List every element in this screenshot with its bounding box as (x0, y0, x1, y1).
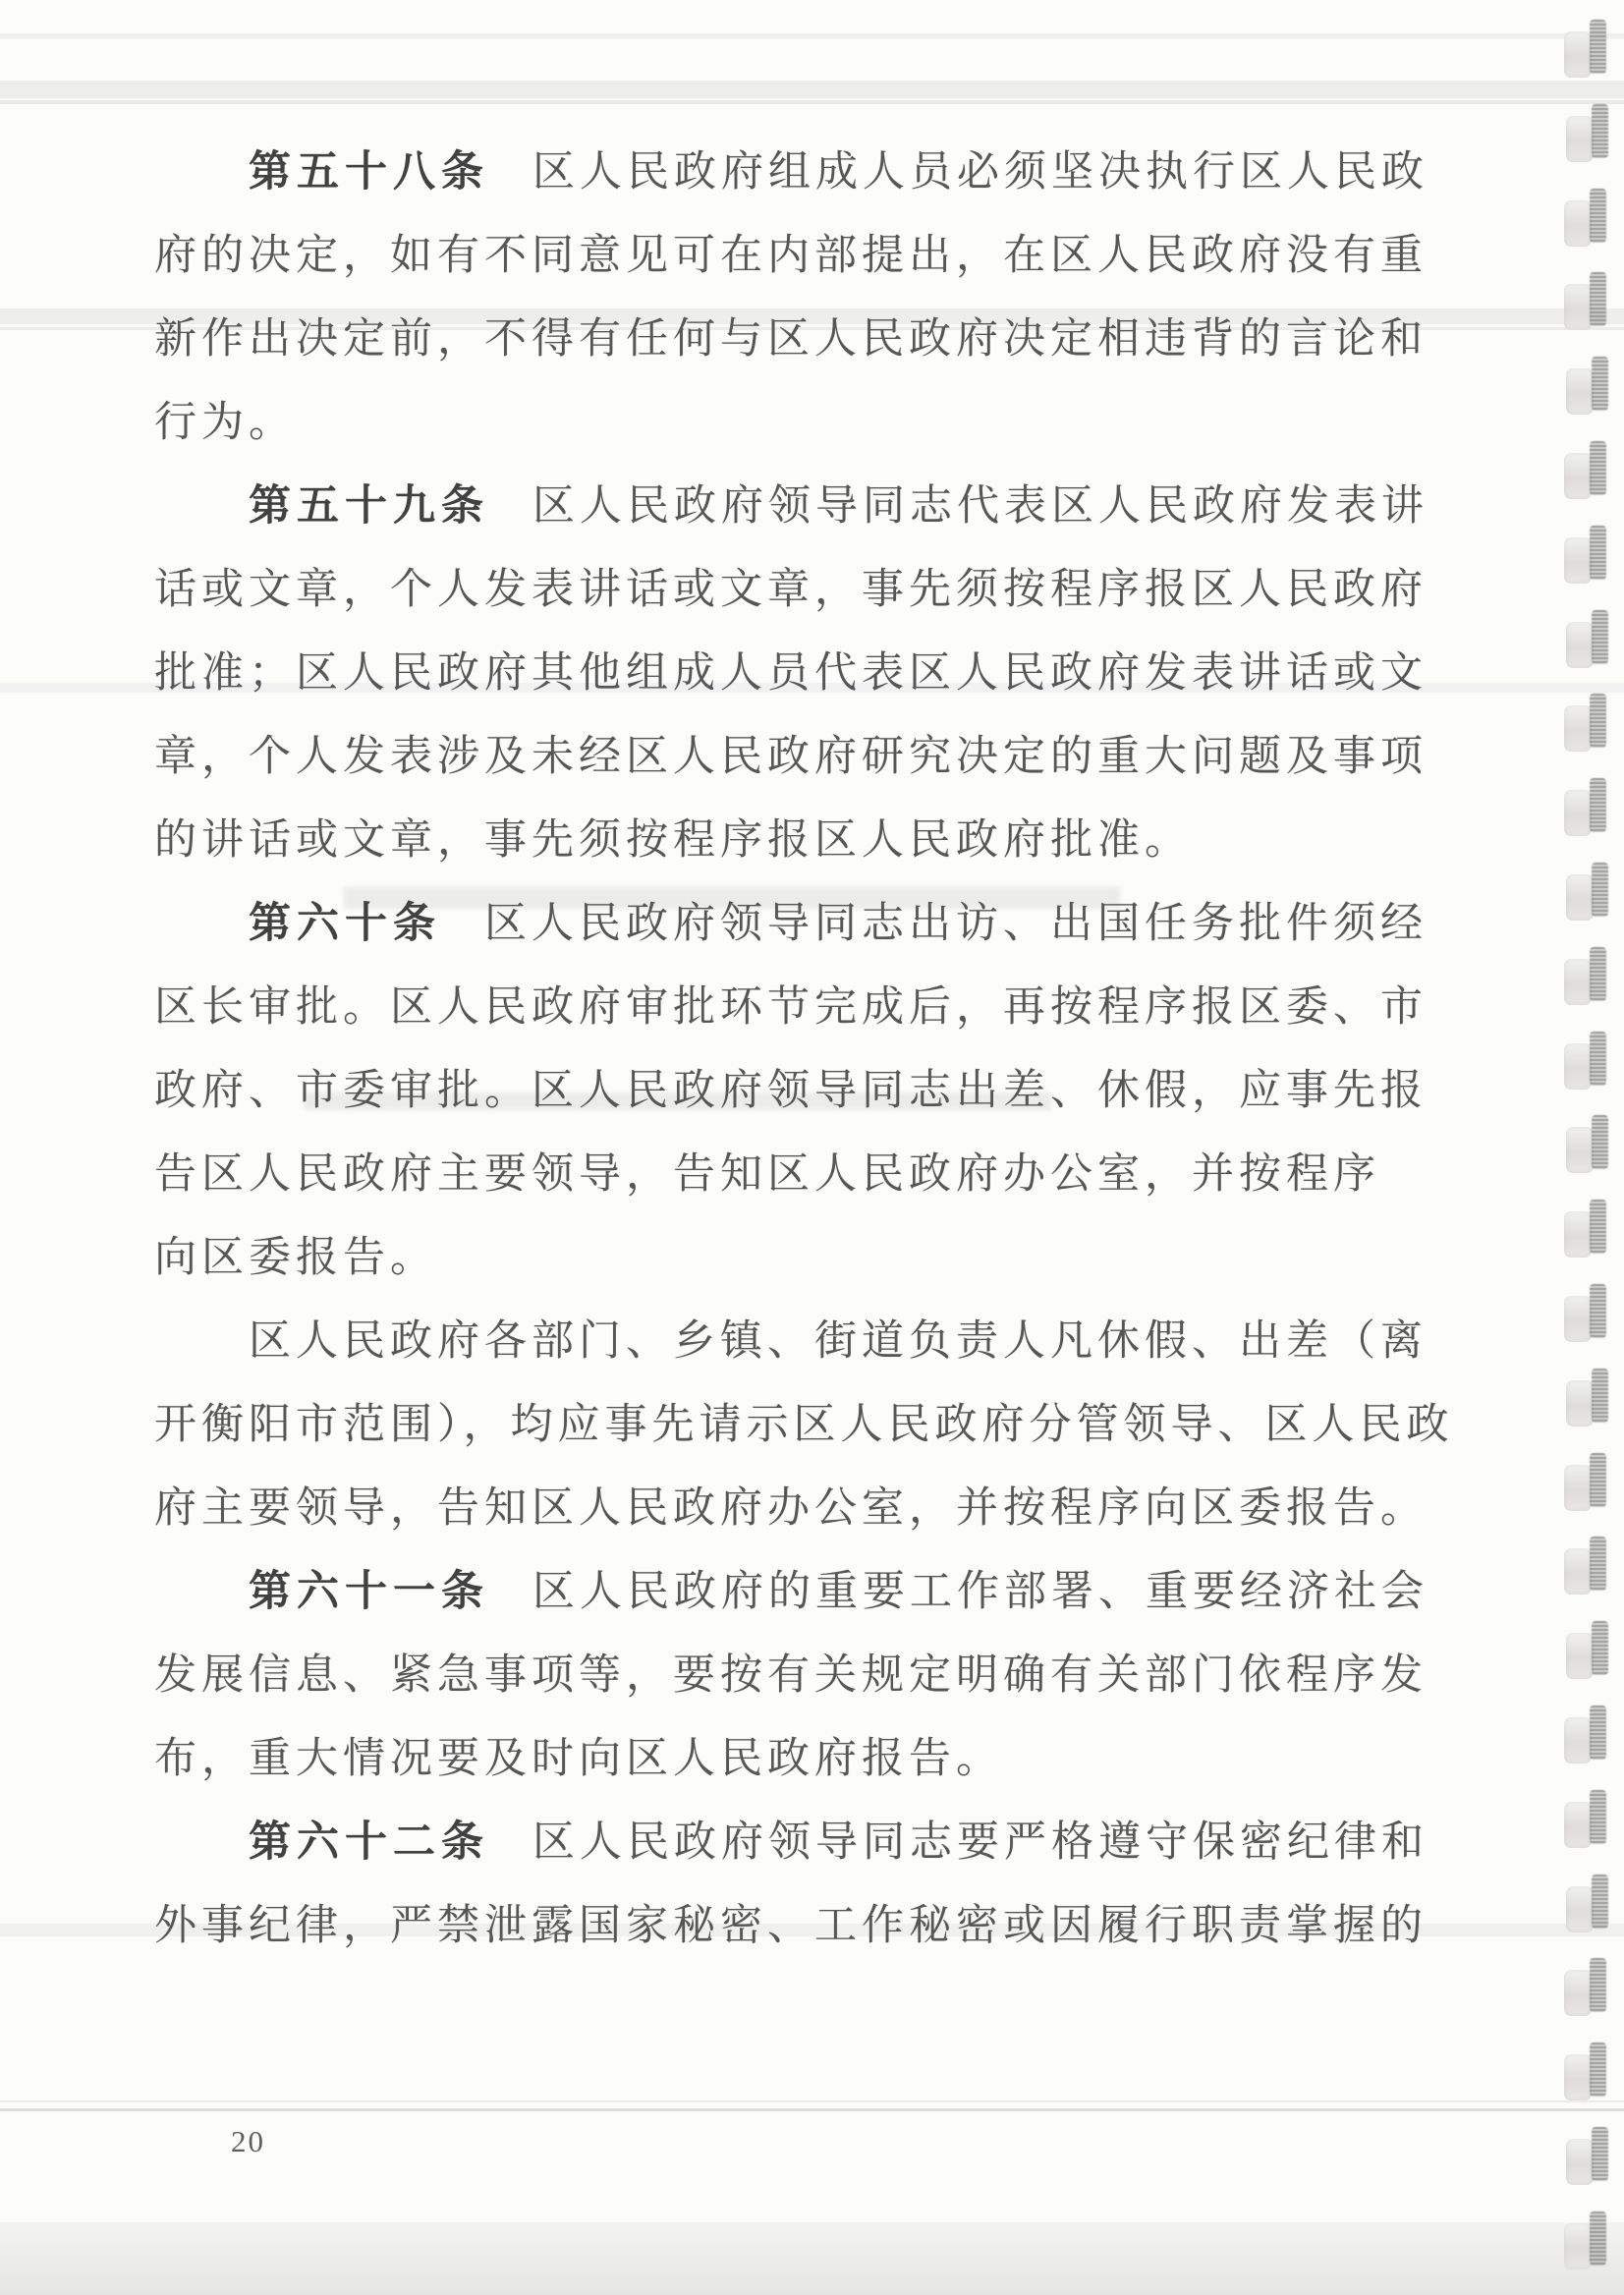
binding-hole-highlight (1564, 790, 1592, 836)
binding-hole-highlight (1566, 1380, 1594, 1427)
line-text: 区人民政府的重要工作部署、重要经济社会 (532, 1569, 1428, 1615)
binding-hole-shadow (1590, 1032, 1606, 1086)
binding-hole-shadow (1590, 778, 1606, 832)
binding-hole (1540, 1706, 1611, 1766)
binding-hole (1540, 1537, 1611, 1597)
text-line: 批准；区人民政府其他组成人员代表区人民政府发表讲话或文 (154, 632, 1451, 715)
binding-hole-shadow (1590, 2043, 1606, 2097)
article-number: 第六十一条 (249, 1569, 489, 1615)
binding-hole-highlight (1566, 2139, 1594, 2185)
binding-hole-highlight (1564, 1548, 1592, 1595)
binding-hole-shadow (1592, 863, 1608, 917)
binding-hole (1540, 1790, 1611, 1851)
line-text: 开衡阳市范围），均应事先请示区人民政府分管领导、区人民政 (154, 1402, 1454, 1448)
binding-hole-shadow (1590, 2211, 1606, 2266)
binding-hole-highlight (1564, 959, 1592, 1005)
text-line: 新作出决定前，不得有任何与区人民政府决定相违背的言论和 (154, 298, 1451, 381)
line-text: 政府、市委审批。区人民政府领导同志出差、休假，应事先报 (154, 1068, 1428, 1114)
text-line: 告区人民政府主要领导，告知区人民政府办公室，并按程序 (154, 1133, 1451, 1216)
binding-hole-highlight (1566, 874, 1594, 921)
binding-holes (1540, 0, 1624, 2295)
scan-streak (0, 100, 1624, 104)
binding-hole (1542, 2127, 1613, 2188)
binding-hole-shadow (1590, 694, 1606, 748)
binding-hole-highlight (1564, 453, 1592, 499)
binding-hole-highlight (1566, 1886, 1594, 1932)
text-line: 府的决定，如有不同意见可在内部提出，在区人民政府没有重 (154, 214, 1451, 298)
binding-hole-highlight (1566, 116, 1594, 162)
binding-hole-highlight (1564, 1717, 1592, 1763)
article-number: 第六十二条 (249, 1819, 489, 1866)
binding-hole-highlight (1566, 622, 1594, 668)
article-number: 第六十条 (249, 901, 441, 947)
binding-hole (1540, 1453, 1611, 1514)
binding-hole-shadow (1590, 1790, 1606, 1844)
article-number: 第五十九条 (249, 483, 489, 530)
binding-hole (1540, 778, 1611, 839)
binding-hole-shadow (1590, 20, 1606, 74)
binding-hole-highlight (1564, 284, 1592, 330)
text-line: 第五十九条区人民政府领导同志代表区人民政府发表讲 (154, 465, 1451, 548)
binding-hole-highlight (1564, 2054, 1592, 2100)
binding-hole (1542, 357, 1613, 418)
binding-hole-shadow (1590, 1453, 1606, 1507)
binding-hole-highlight (1564, 705, 1592, 752)
binding-hole (1540, 272, 1611, 333)
binding-hole-highlight (1564, 1211, 1592, 1258)
binding-hole-shadow (1592, 357, 1608, 411)
binding-hole (1542, 1369, 1613, 1429)
line-text: 批准；区人民政府其他组成人员代表区人民政府发表讲话或文 (154, 650, 1428, 697)
text-line: 章，个人发表涉及未经区人民政府研究决定的重大问题及事项 (154, 715, 1451, 799)
line-text: 府的决定，如有不同意见可在内部提出，在区人民政府没有重 (154, 233, 1428, 279)
binding-hole (1540, 2043, 1611, 2103)
line-text: 发展信息、紧急事项等，要按有关规定明确有关部门依程序发 (154, 1652, 1428, 1699)
scanned-document-page: 第五十八条区人民政府组成人员必须坚决执行区人民政 府的决定，如有不同意见可在内部… (0, 0, 1624, 2295)
binding-hole-shadow (1592, 610, 1608, 664)
line-text: 区人民政府组成人员必须坚决执行区人民政 (532, 149, 1428, 196)
binding-hole (1542, 1621, 1613, 1682)
binding-hole (1540, 189, 1611, 250)
binding-hole-shadow (1592, 1115, 1608, 1169)
page-number: 20 (231, 2124, 265, 2159)
binding-hole-highlight (1564, 1802, 1592, 1848)
text-line: 发展信息、紧急事项等，要按有关规定明确有关部门依程序发 (154, 1634, 1451, 1717)
binding-hole-shadow (1592, 1621, 1608, 1675)
binding-hole-highlight (1564, 1296, 1592, 1342)
text-line: 话或文章，个人发表讲话或文章，事先须按程序报区人民政府 (154, 548, 1451, 632)
text-line: 第六十二条区人民政府领导同志要严格遵守保密纪律和 (154, 1801, 1451, 1884)
article-number: 第五十八条 (249, 149, 489, 196)
line-text: 区长审批。区人民政府审批环节完成后，再按程序报区委、市 (154, 984, 1428, 1031)
binding-hole-shadow (1590, 1200, 1606, 1254)
binding-hole-shadow (1590, 947, 1606, 1001)
text-line: 向区委报告。 (154, 1216, 1451, 1300)
binding-hole-highlight (1564, 537, 1592, 584)
binding-hole-highlight (1564, 1043, 1592, 1090)
binding-hole (1542, 104, 1613, 165)
line-text: 的讲话或文章，事先须按程序报区人民政府批准。 (154, 817, 1192, 864)
line-text: 行为。 (154, 400, 296, 446)
line-text: 区人民政府领导同志出访、出国任务批件须经 (484, 901, 1428, 947)
binding-hole-shadow (1590, 441, 1606, 495)
text-line: 开衡阳市范围），均应事先请示区人民政府分管领导、区人民政 (154, 1383, 1451, 1467)
binding-hole (1540, 2211, 1611, 2272)
line-text: 区人民政府领导同志代表区人民政府发表讲 (532, 483, 1428, 530)
scan-bottom-shadow (0, 2222, 1624, 2295)
binding-hole-highlight (1564, 31, 1592, 78)
binding-hole-shadow (1590, 272, 1606, 326)
binding-hole (1540, 1200, 1611, 1260)
line-text: 外事纪律，严禁泄露国家秘密、工作秘密或因履行职责掌握的 (154, 1903, 1428, 1949)
text-line: 第六十条区人民政府领导同志出访、出国任务批件须经 (154, 882, 1451, 966)
binding-hole-highlight (1564, 2223, 1592, 2269)
text-line: 第五十八条区人民政府组成人员必须坚决执行区人民政 (154, 131, 1451, 214)
binding-hole-shadow (1590, 1537, 1606, 1591)
binding-hole-shadow (1590, 1958, 1606, 2012)
binding-hole-highlight (1564, 1465, 1592, 1511)
binding-hole (1540, 947, 1611, 1008)
footer-rule-faint (0, 2100, 1624, 2102)
scan-streak (0, 81, 1624, 98)
binding-hole (1540, 1958, 1611, 2019)
text-line: 布，重大情况要及时向区人民政府报告。 (154, 1717, 1451, 1801)
binding-hole (1540, 694, 1611, 755)
binding-hole-highlight (1566, 1127, 1594, 1173)
binding-hole-highlight (1564, 200, 1592, 247)
text-line: 府主要领导，告知区人民政府办公室，并按程序向区委报告。 (154, 1467, 1451, 1550)
binding-hole-shadow (1590, 1706, 1606, 1760)
text-line: 区长审批。区人民政府审批环节完成后，再按程序报区委、市 (154, 966, 1451, 1049)
binding-hole-shadow (1592, 2127, 1608, 2181)
binding-hole-highlight (1564, 1970, 1592, 2016)
line-text: 布，重大情况要及时向区人民政府报告。 (154, 1736, 1003, 1782)
binding-hole (1540, 526, 1611, 587)
footer-rule (0, 2108, 1624, 2111)
binding-hole (1540, 1032, 1611, 1092)
text-line: 的讲话或文章，事先须按程序报区人民政府批准。 (154, 799, 1451, 882)
binding-hole-shadow (1590, 189, 1606, 243)
text-line: 政府、市委审批。区人民政府领导同志出差、休假，应事先报 (154, 1049, 1451, 1133)
binding-hole-shadow (1592, 1369, 1608, 1423)
binding-hole-highlight (1566, 368, 1594, 415)
line-text: 章，个人发表涉及未经区人民政府研究决定的重大问题及事项 (154, 734, 1428, 780)
text-line: 行为。 (154, 381, 1451, 465)
binding-hole (1542, 1875, 1613, 1935)
text-line: 区人民政府各部门、乡镇、街道负责人凡休假、出差（离 (154, 1300, 1451, 1383)
scan-streak (0, 33, 1624, 39)
binding-hole (1540, 1284, 1611, 1345)
binding-hole (1540, 441, 1611, 502)
binding-hole-shadow (1590, 1284, 1606, 1338)
binding-hole-shadow (1590, 526, 1606, 580)
line-text: 向区委报告。 (154, 1235, 437, 1281)
binding-hole (1542, 1115, 1613, 1176)
binding-hole (1542, 863, 1613, 924)
binding-hole-highlight (1566, 1633, 1594, 1679)
binding-hole (1540, 20, 1611, 81)
line-text: 区人民政府领导同志要严格遵守保密纪律和 (532, 1819, 1428, 1866)
binding-hole-shadow (1592, 104, 1608, 158)
line-text: 府主要领导，告知区人民政府办公室，并按程序向区委报告。 (154, 1485, 1428, 1532)
binding-hole (1542, 610, 1613, 671)
binding-hole-shadow (1592, 1875, 1608, 1929)
line-text: 新作出决定前，不得有任何与区人民政府决定相违背的言论和 (154, 316, 1428, 363)
text-line: 外事纪律，严禁泄露国家秘密、工作秘密或因履行职责掌握的 (154, 1884, 1451, 1968)
text-line: 第六十一条区人民政府的重要工作部署、重要经济社会 (154, 1550, 1451, 1634)
line-text: 话或文章，个人发表讲话或文章，事先须按程序报区人民政府 (154, 567, 1428, 613)
text-block: 第五十八条区人民政府组成人员必须坚决执行区人民政 府的决定，如有不同意见可在内部… (154, 131, 1451, 1968)
line-text: 区人民政府各部门、乡镇、街道负责人凡休假、出差（离 (249, 1318, 1428, 1365)
line-text: 告区人民政府主要领导，告知区人民政府办公室，并按程序 (154, 1151, 1380, 1198)
